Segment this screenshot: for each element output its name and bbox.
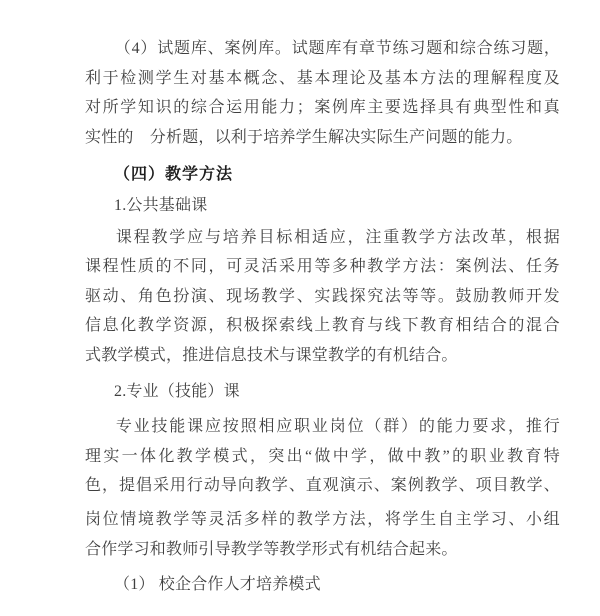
text-line: 合作学习和教师引导教学等教学形式有机结合起来。 (85, 535, 560, 565)
text-line: 1.公共基础课 (85, 191, 560, 221)
text-line: 课程教学应与培养目标相适应，注重教学方法改革，根据 (85, 223, 560, 253)
text-line: 式教学模式，推进信息技术与课堂教学的有机结合。 (85, 341, 560, 371)
text-line: （4）试题库、案例库。试题库有章节练习题和综合练习题， (85, 34, 560, 64)
text-line: （1） 校企合作人才培养模式 (85, 570, 560, 600)
section-heading: （四）教学方法 (85, 160, 560, 190)
text-line: 专业技能课应按照相应职业岗位（群）的能力要求，推行 (85, 412, 560, 442)
document-body: （4）试题库、案例库。试题库有章节练习题和综合练习题，利于检测学生对基本概念、基… (85, 34, 560, 600)
text-line: 信息化教学资源，积极探索线上教育与线下教育相结合的混合 (85, 311, 560, 341)
text-line: 利于检测学生对基本概念、基本理论及基本方法的理解程度及 (85, 64, 560, 94)
text-line: 实性的 分析题，以利于培养学生解决实际生产问题的能力。 (85, 123, 560, 153)
text-line: 对所学知识的综合运用能力；案例库主要选择具有典型性和真 (85, 93, 560, 123)
text-line: 理实一体化教学模式，突出“做中学，做中教”的职业教育特 (85, 442, 560, 472)
text-line: 课程性质的不同，可灵活采用等多种教学方法：案例法、任务 (85, 252, 560, 282)
text-line: 2.专业（技能）课 (85, 377, 560, 407)
text-line: 驱动、角色扮演、现场教学、实践探究法等等。鼓励教师开发 (85, 282, 560, 312)
text-line: 色，提倡采用行动导向教学、直观演示、案例教学、项目教学、 (85, 471, 560, 501)
text-line: 岗位情境教学等灵活多样的教学方法，将学生自主学习、小组 (85, 505, 560, 535)
document-page: （4）试题库、案例库。试题库有章节练习题和综合练习题，利于检测学生对基本概念、基… (0, 0, 600, 616)
